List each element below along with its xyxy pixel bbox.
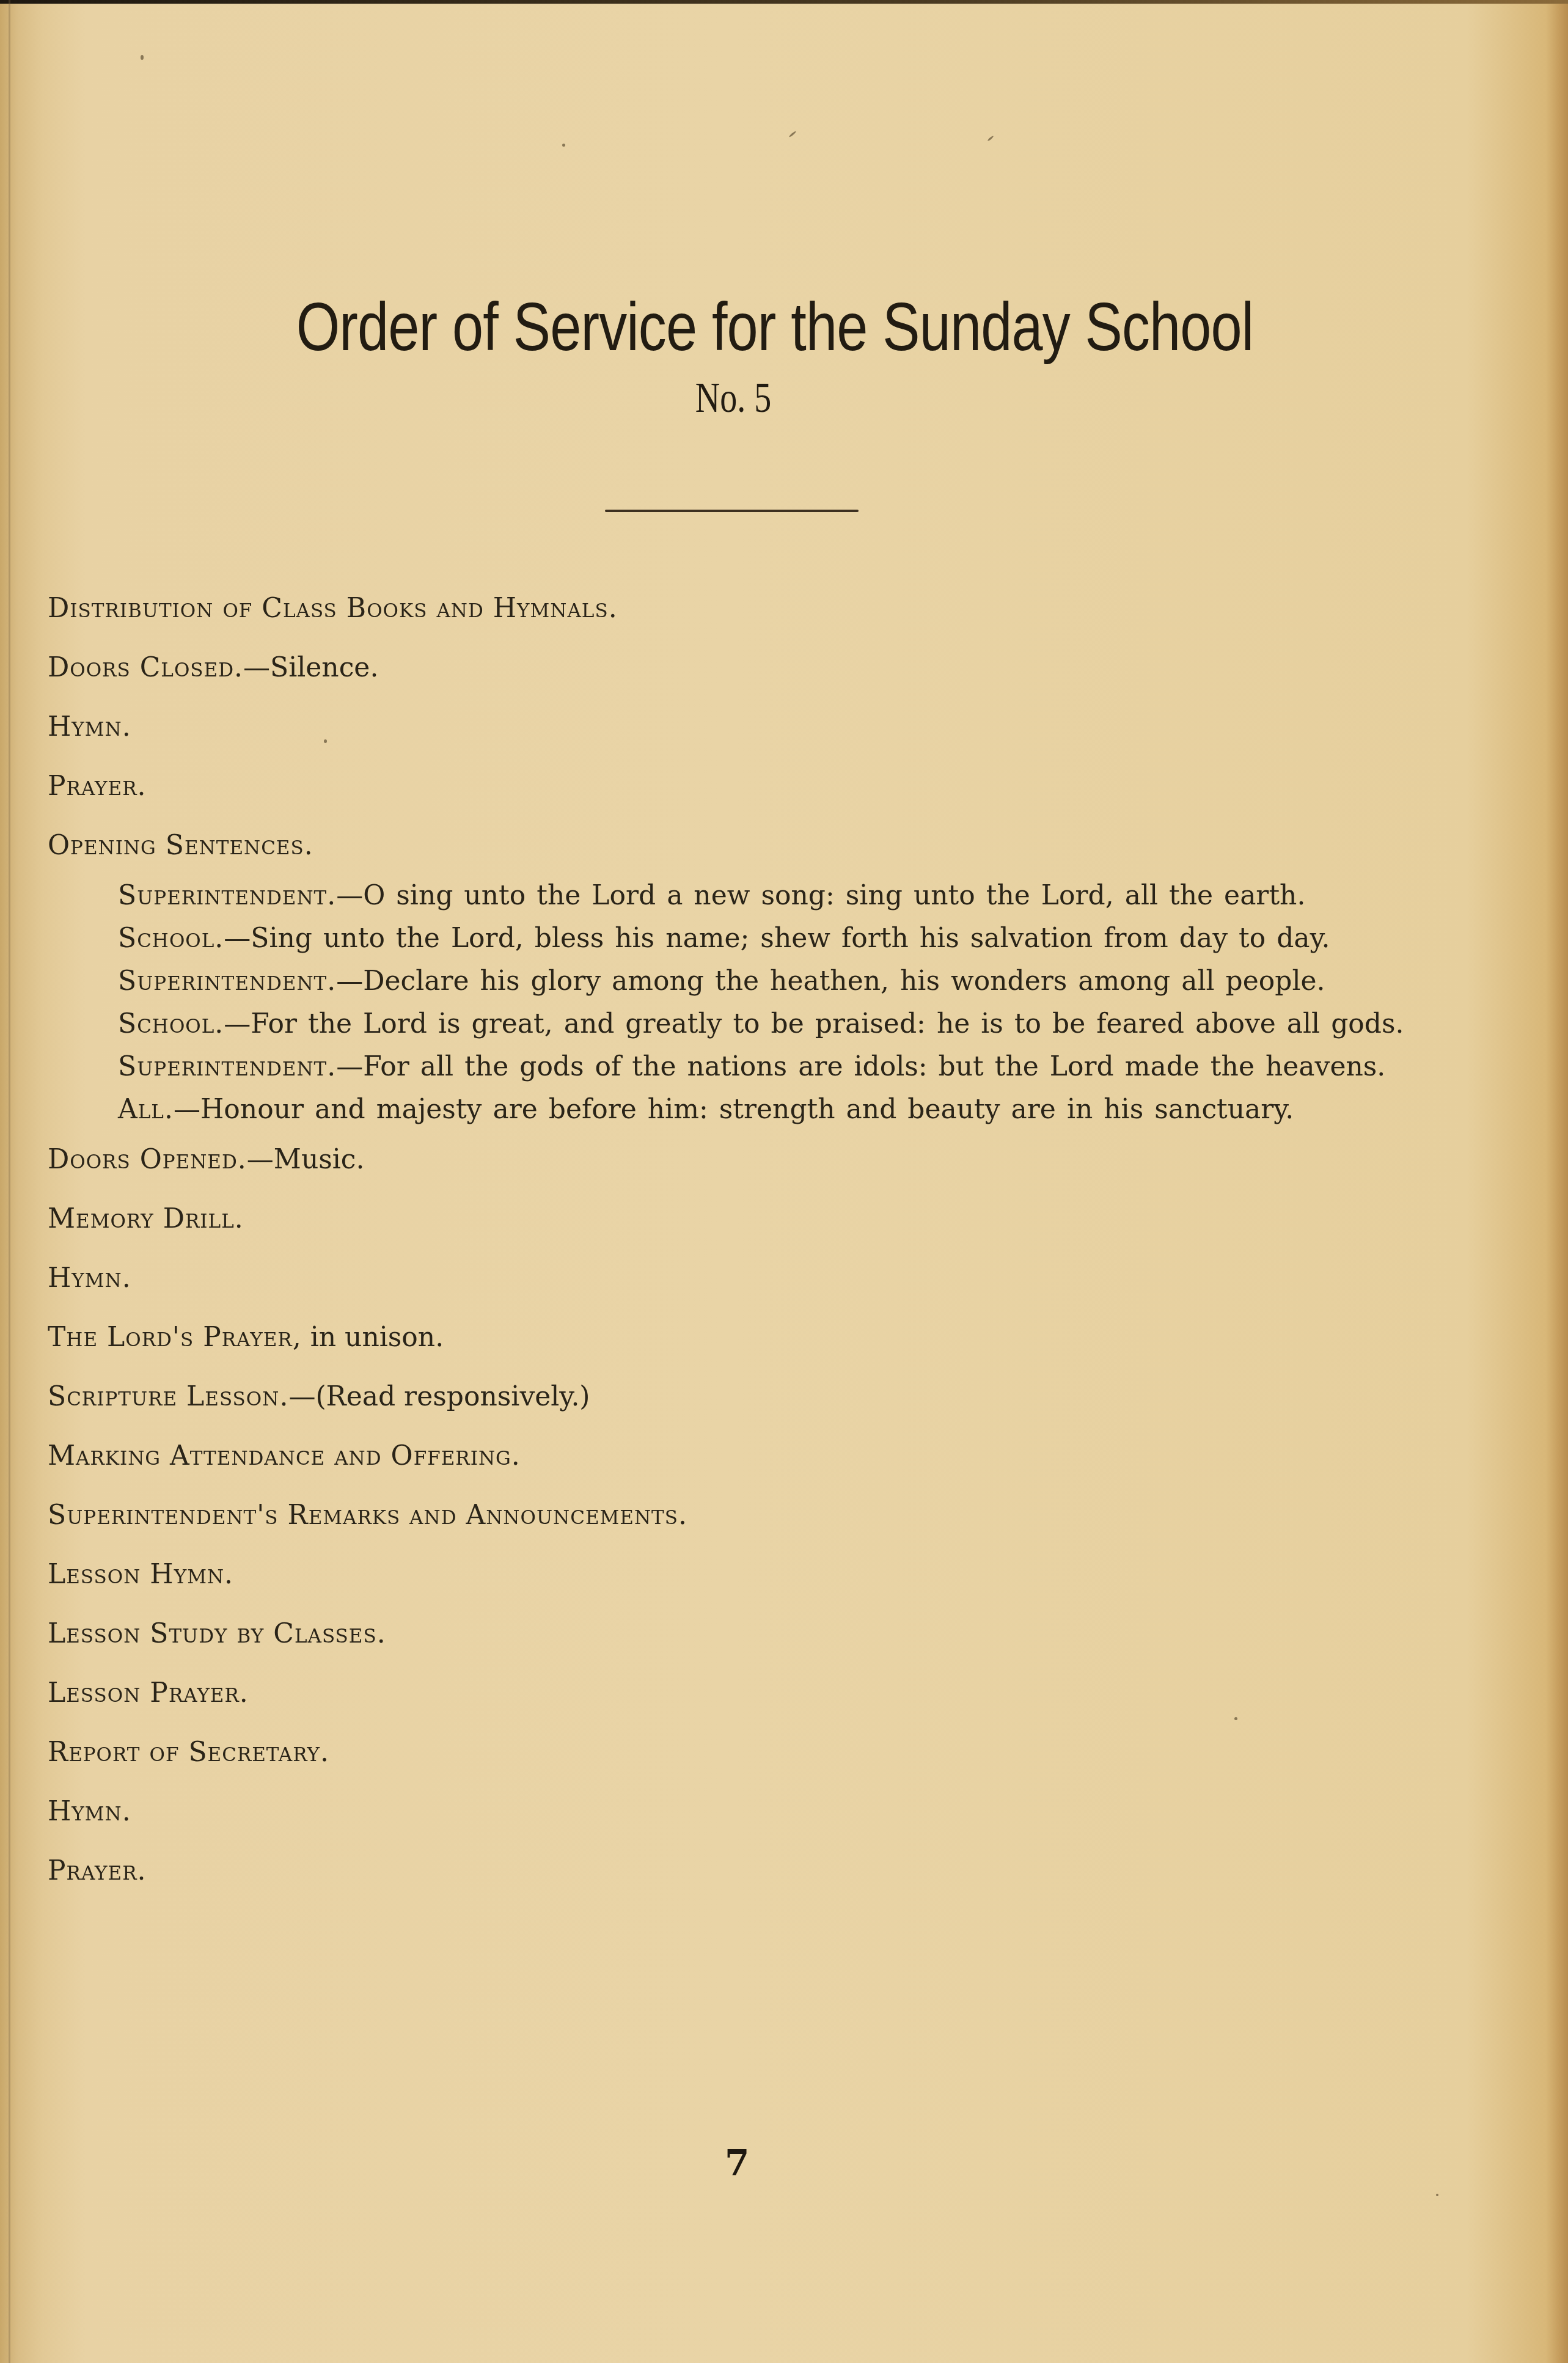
responsive-text: —For all the gods of the nations are ido…: [336, 1051, 1385, 1082]
item-heading: Report of Secretary.: [48, 1737, 329, 1768]
item-note: —(Read responsively.): [288, 1381, 590, 1412]
service-item: Hymn.: [48, 1259, 1429, 1297]
page-title: Order of Service for the Sunday School: [132, 287, 1418, 366]
service-item: Lesson Hymn.: [48, 1556, 1429, 1594]
service-item: Scripture Lesson.—(Read responsively.): [48, 1378, 1429, 1416]
title-rule-divider: [605, 510, 859, 512]
item-heading: Superintendent's Remarks and Announcemen…: [48, 1500, 687, 1531]
item-heading: Marking Attendance and Offering.: [48, 1440, 521, 1471]
responsive-line: School.—Sing unto the Lord, bless his na…: [48, 921, 1429, 956]
responsive-text: —O sing unto the Lord a new song: sing u…: [336, 880, 1305, 911]
service-item: Prayer.: [48, 1852, 1429, 1890]
paper-speck: [1436, 2194, 1438, 2196]
paper-speck: [324, 739, 327, 743]
item-heading: Doors Closed.: [48, 652, 243, 683]
service-item: Lesson Prayer.: [48, 1674, 1429, 1712]
responsive-line: Superintendent.—O sing unto the Lord a n…: [48, 878, 1429, 914]
speaker-label: All.: [118, 1094, 174, 1125]
item-heading: Lesson Hymn.: [48, 1559, 233, 1590]
service-item: Opening Sentences.: [48, 827, 1429, 865]
item-heading: Hymn.: [48, 1796, 131, 1827]
item-heading: Prayer.: [48, 771, 147, 802]
service-item: Hymn.: [48, 708, 1429, 746]
page-number: 7: [725, 2142, 749, 2183]
responsive-line: All.—Honour and majesty are before him: …: [48, 1092, 1429, 1127]
item-heading: Lesson Study by Classes.: [48, 1618, 386, 1649]
item-heading: Distribution of Class Books and Hymnals.: [48, 593, 618, 624]
service-item: Lesson Study by Classes.: [48, 1615, 1429, 1653]
speaker-label: School.: [118, 923, 224, 954]
service-item: Memory Drill.: [48, 1200, 1429, 1238]
item-heading: Opening Sentences.: [48, 830, 313, 861]
service-item: Prayer.: [48, 768, 1429, 805]
item-note: —Music.: [247, 1144, 365, 1175]
item-heading: Hymn.: [48, 1262, 131, 1294]
service-item: The Lord's Prayer, in unison.: [48, 1319, 1429, 1357]
service-item: Hymn.: [48, 1793, 1429, 1831]
speaker-label: Superintendent.: [118, 965, 336, 997]
paper-speck: [141, 55, 144, 60]
responsive-line: Superintendent.—For all the gods of the …: [48, 1049, 1429, 1085]
item-note: in unison.: [302, 1322, 444, 1353]
responsive-line: School.—For the Lord is great, and great…: [48, 1006, 1429, 1042]
paper-speck: [987, 135, 994, 141]
item-heading: Hymn.: [48, 711, 131, 742]
responsive-text: —For the Lord is great, and greatly to b…: [224, 1008, 1404, 1039]
paper-speck: [562, 144, 565, 147]
item-heading: Doors Opened.: [48, 1144, 247, 1175]
item-heading: The Lord's Prayer,: [48, 1322, 302, 1353]
responsive-text: —Honour and majesty are before him: stre…: [174, 1094, 1294, 1125]
speaker-label: Superintendent.: [118, 1051, 336, 1082]
item-heading: Memory Drill.: [48, 1203, 244, 1234]
page-subtitle: No. 5: [147, 374, 1320, 423]
service-item: Doors Opened.—Music.: [48, 1141, 1429, 1179]
item-note: —Silence.: [243, 652, 378, 683]
item-heading: Prayer.: [48, 1855, 147, 1886]
responsive-line: Superintendent.—Declare his glory among …: [48, 964, 1429, 999]
paper-speck: [1234, 1717, 1237, 1720]
binding-gutter: [9, 0, 10, 2363]
service-item: Marking Attendance and Offering.: [48, 1437, 1429, 1475]
service-item: Doors Closed.—Silence.: [48, 649, 1429, 687]
service-item: Superintendent's Remarks and Announcemen…: [48, 1497, 1429, 1534]
responsive-text: —Declare his glory among the heathen, hi…: [336, 965, 1325, 997]
speaker-label: Superintendent.: [118, 880, 336, 911]
page-top-edge: [0, 0, 1568, 4]
order-of-service: Distribution of Class Books and Hymnals.…: [48, 590, 1429, 1911]
service-item: Report of Secretary.: [48, 1734, 1429, 1771]
service-item: Distribution of Class Books and Hymnals.: [48, 590, 1429, 628]
item-heading: Scripture Lesson.: [48, 1381, 288, 1412]
responsive-text: —Sing unto the Lord, bless his name; she…: [224, 923, 1330, 954]
item-heading: Lesson Prayer.: [48, 1677, 249, 1709]
paper-speck: [789, 131, 797, 137]
speaker-label: School.: [118, 1008, 224, 1039]
